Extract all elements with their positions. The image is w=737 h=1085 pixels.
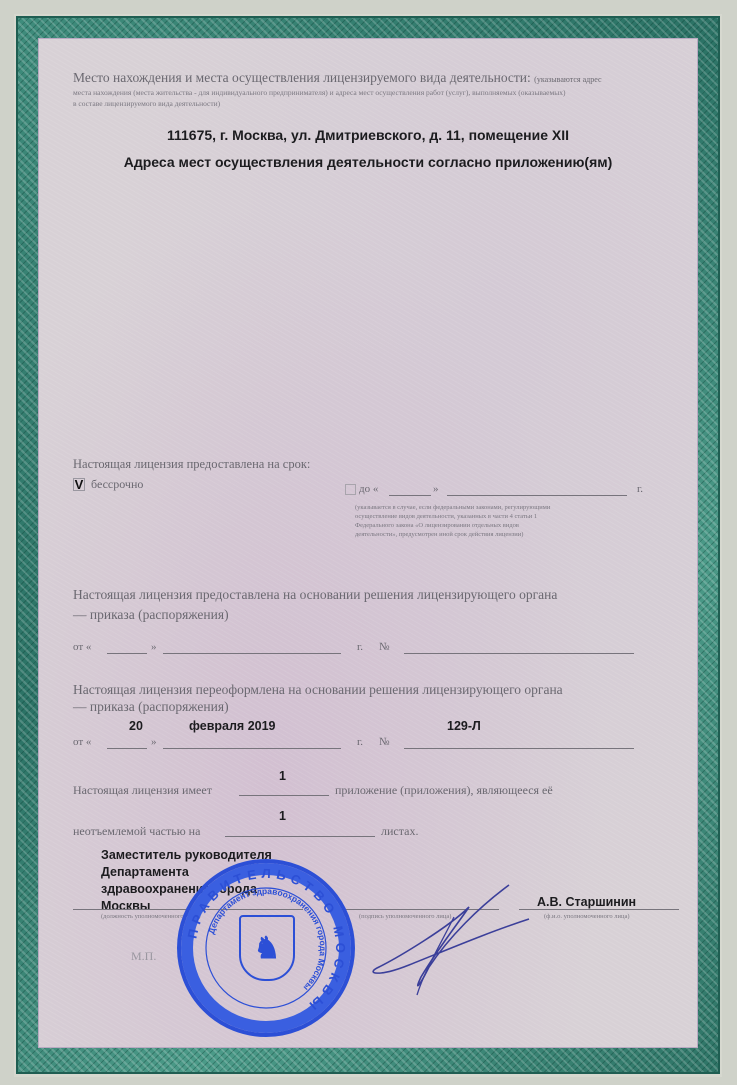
term-note: (указывается в случае, если федеральными…	[355, 503, 555, 539]
caption-name: (ф.и.о. уполномоченного лица)	[544, 912, 630, 922]
reissue-month-line	[163, 748, 341, 749]
basis-number-label: №	[379, 641, 390, 653]
reissue-label-2: — приказа (распоряжения)	[73, 699, 229, 715]
term-unlimited-label: бессрочно	[91, 477, 143, 492]
sheets-count-line	[225, 836, 375, 837]
location-hint-line-2: места нахождения (места жительства - для…	[73, 88, 693, 98]
location-hint-line-3: в составе лицензируемого вида деятельнос…	[73, 99, 220, 109]
reissue-month-year: февраля 2019	[189, 719, 276, 733]
appendix-count-line	[239, 795, 329, 796]
term-until-mid: »	[433, 483, 439, 495]
term-until-prefix: до «	[359, 483, 378, 495]
reissue-year-suffix: г.	[357, 736, 363, 748]
term-until-suffix: г.	[637, 483, 643, 495]
sheets-count: 1	[279, 809, 286, 823]
appendix-label-post: приложение (приложения), являющееся её	[335, 783, 553, 798]
term-day-line	[389, 495, 431, 496]
license-page: Место нахождения и места осуществления л…	[38, 38, 698, 1048]
term-unlimited-checkbox: V	[73, 478, 85, 491]
reissue-number: 129-Л	[447, 719, 481, 733]
reissue-day: 20	[129, 719, 143, 733]
reissue-quote-close: »	[151, 736, 157, 748]
sheets-label-pre: неотъемлемой частью на	[73, 824, 200, 839]
basis-quote-close: »	[151, 641, 157, 653]
basis-from: от «	[73, 641, 91, 653]
official-stamp: ПРАВИТЕЛЬСТВО МОСКВЫ Департамент здравоо…	[177, 859, 355, 1037]
sheets-label-post: листах.	[381, 824, 418, 839]
moscow-coat-of-arms-icon: ♞	[239, 915, 295, 981]
basis-year-suffix: г.	[357, 641, 363, 653]
location-hint: (указываются адрес	[534, 75, 601, 84]
term-month-line	[447, 495, 627, 496]
reissue-number-line	[404, 748, 634, 749]
reissue-day-line	[107, 748, 147, 749]
signature-icon	[359, 877, 539, 1007]
license-address: 111675, г. Москва, ул. Дмитриевского, д.…	[39, 127, 697, 143]
signer-name: А.В. Старшинин	[537, 895, 636, 909]
location-heading: Место нахождения и места осуществления л…	[73, 70, 531, 85]
basis-label-1: Настоящая лицензия предоставлена на осно…	[73, 587, 673, 603]
basis-month-line	[163, 653, 341, 654]
location-heading-row: Место нахождения и места осуществления л…	[73, 70, 693, 86]
basis-number-line	[404, 653, 634, 654]
reissue-number-label: №	[379, 736, 390, 748]
basis-label-2: — приказа (распоряжения)	[73, 607, 229, 623]
basis-day-line	[107, 653, 147, 654]
reissue-from: от «	[73, 736, 91, 748]
addresses-note: Адреса мест осуществления деятельности с…	[39, 154, 697, 170]
seal-label: М.П.	[131, 949, 156, 964]
term-until-checkbox	[345, 484, 356, 495]
name-line	[519, 909, 679, 910]
term-label: Настоящая лицензия предоставлена на срок…	[73, 457, 310, 472]
appendix-count: 1	[279, 769, 286, 783]
appendix-label-pre: Настоящая лицензия имеет	[73, 783, 212, 798]
reissue-label-1: Настоящая лицензия переоформлена на осно…	[73, 682, 673, 698]
